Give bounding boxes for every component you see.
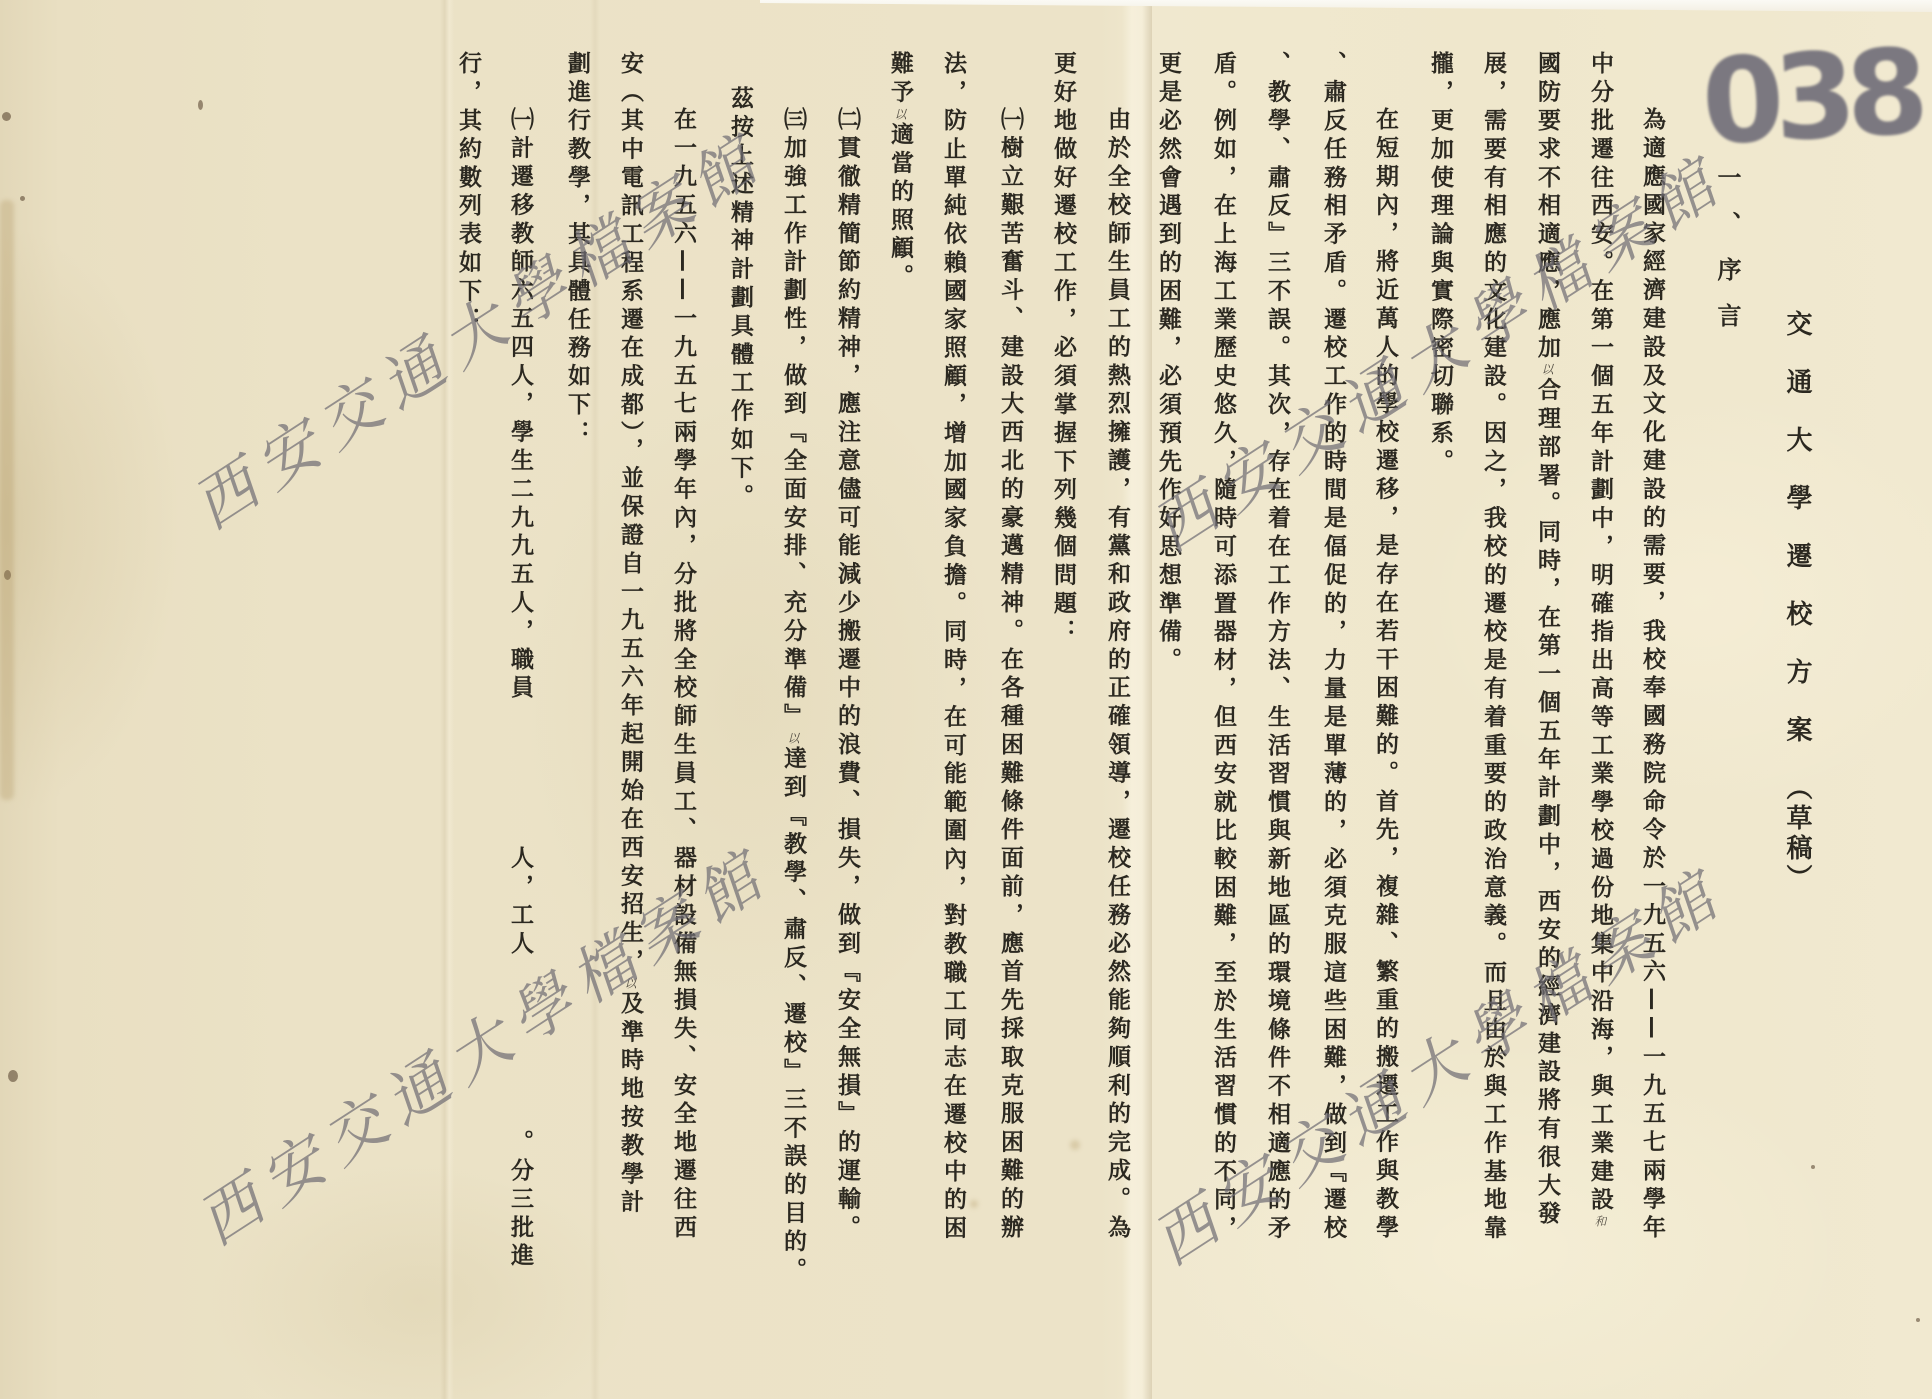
printed-text: 及準時地按教學計 xyxy=(617,991,643,1218)
document-title-main: 交通大學遷校方案 xyxy=(1782,310,1812,774)
handwritten-insertion: 以 xyxy=(786,732,800,746)
printed-text: 、肅反任務相矛盾。遷校工作的時間是偪促的，力量是單薄的，必須克服這些困難，做到『… xyxy=(1320,51,1346,1244)
paper-speck xyxy=(1916,1318,1920,1322)
document-title: 交通大學遷校方案（草稿） xyxy=(1784,310,1810,894)
printed-text: 法，防止單純依賴國家照顧，增加國家負擔。同時，在可能範圍內，對教職工同志在遷校中… xyxy=(940,51,966,1244)
scanned-document-page: 038 交通大學遷校方案（草稿） 一、序言 為適應國家經濟建設及文化建設的需要，… xyxy=(0,0,1932,1399)
printed-text: 更好地做好遷校工作，必須掌握下列幾個問題： xyxy=(1050,51,1076,647)
printed-text: 為適應國家經濟建設及文化建設的需要，我校奉國務院命令於一九五六——一九五七兩學年 xyxy=(1639,107,1665,1243)
printed-text: 由於全校師生員工的熱烈擁護，有黨和政府的正確領導，遷校任務必然能夠順利的完成。為 xyxy=(1104,107,1130,1243)
paper-stain xyxy=(0,200,14,800)
printed-text: 難予 xyxy=(887,51,913,108)
text-column: 攏，更加使理論與實際密切聯系。 xyxy=(1428,51,1451,477)
printed-text: 攏，更加使理論與實際密切聯系。 xyxy=(1427,51,1453,477)
text-column: ㈠樹立艱苦奮斗、建設大西北的豪邁精神。在各種困難條件面前，應首先採取克服困難的辦 xyxy=(998,107,1021,1243)
text-column: 盾。例如，在上海工業歷史悠久，隨時可添置器材，但西安就比較困難，至於生活習慣的不… xyxy=(1211,51,1234,1244)
printed-text: 在一九五六——一九五七兩學年內，分批將全校師生員工、器材設備無損失、安全地遷往西 xyxy=(670,107,696,1243)
text-column: ㈢加強工作計劃性，做到『全面安排、充分準備』以達到『教學、肅反、遷校』三不誤的目… xyxy=(781,107,804,1285)
text-column: 難予以適當的照顧。 xyxy=(888,51,911,292)
handwritten-insertion: 以 xyxy=(893,108,907,122)
printed-text: ㈢加強工作計劃性，做到『全面安排、充分準備』 xyxy=(780,107,806,732)
paper-stain xyxy=(1070,1140,1080,1150)
paper-speck xyxy=(20,196,25,201)
paper-speck xyxy=(1811,1165,1815,1169)
text-column: 、教學、肅反』三不誤。其次，存在着在工作方法、生活習慣與新地區的環境條件不相適應… xyxy=(1265,51,1288,1244)
handwritten-insertion: 以 xyxy=(1540,363,1554,377)
handwritten-insertion: 和 xyxy=(1593,1215,1607,1229)
text-column: 為適應國家經濟建設及文化建設的需要，我校奉國務院命令於一九五六——一九五七兩學年 xyxy=(1640,107,1663,1243)
paper-speck xyxy=(198,100,203,110)
paper-fold-crease xyxy=(440,0,454,1399)
printed-text: ㈡貫徹精簡節約精神，應注意儘可能減少搬遷中的浪費、損失，做到『安全無損』的運輸。 xyxy=(834,107,860,1243)
scan-edge xyxy=(760,0,1932,12)
printed-text: 合理部署。同時，在第一個五年計劃中，西安的經濟建設將有很大發 xyxy=(1534,377,1560,1229)
paper-speck xyxy=(2,112,11,121)
printed-text: ㈠樹立艱苦奮斗、建設大西北的豪邁精神。在各種困難條件面前，應首先採取克服困難的辦 xyxy=(997,107,1023,1243)
text-column: 由於全校師生員工的熱烈擁護，有黨和政府的正確領導，遷校任務必然能夠順利的完成。為 xyxy=(1105,107,1128,1243)
printed-text: 、教學、肅反』三不誤。其次，存在着在工作方法、生活習慣與新地區的環境條件不相適應… xyxy=(1264,51,1290,1244)
paper-stain xyxy=(970,1200,978,1208)
printed-text: 適當的照顧。 xyxy=(887,122,913,292)
text-column: 在一九五六——一九五七兩學年內，分批將全校師生員工、器材設備無損失、安全地遷往西 xyxy=(671,107,694,1243)
archive-page-number: 038 xyxy=(1699,22,1922,171)
printed-text: 盾。例如，在上海工業歷史悠久，隨時可添置器材，但西安就比較困難，至於生活習慣的不… xyxy=(1210,51,1236,1244)
draft-label: （草稿） xyxy=(1782,774,1812,894)
printed-text: 更是必然會遇到的困難，必須預先作好思想準備。 xyxy=(1155,51,1181,676)
text-column: ㈡貫徹精簡節約精神，應注意儘可能減少搬遷中的浪費、損失，做到『安全無損』的運輸。 xyxy=(835,107,858,1243)
paper-speck xyxy=(8,1070,18,1082)
text-column: 法，防止單純依賴國家照顧，增加國家負擔。同時，在可能範圍內，對教職工同志在遷校中… xyxy=(941,51,964,1244)
text-column: 、肅反任務相矛盾。遷校工作的時間是偪促的，力量是單薄的，必須克服這些困難，做到『… xyxy=(1321,51,1344,1244)
text-column: 更好地做好遷校工作，必須掌握下列幾個問題： xyxy=(1051,51,1074,647)
text-column: 國防要求不相適應，應加以合理部署。同時，在第一個五年計劃中，西安的經濟建設將有很… xyxy=(1535,51,1558,1229)
printed-text: 達到『教學、肅反、遷校』三不誤的目的。 xyxy=(780,746,806,1286)
text-column: 更是必然會遇到的困難，必須預先作好思想準備。 xyxy=(1156,51,1179,676)
